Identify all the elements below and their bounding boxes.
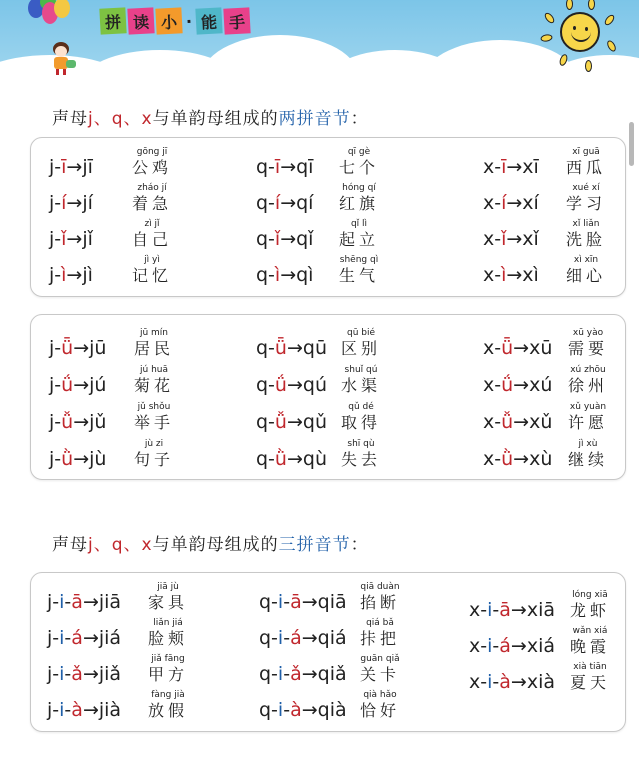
spelling-formula: j-ǚ→jǔ xyxy=(49,411,106,433)
initial-consonant: q- xyxy=(259,627,278,649)
heading-letters: j、q、x xyxy=(88,535,153,555)
pinyin-annotation: wǎn xiá xyxy=(565,626,615,637)
spelling-formula: j-í→jí xyxy=(49,192,93,214)
title-tile: 能 xyxy=(195,7,222,34)
toned-vowel: à xyxy=(499,671,511,693)
toned-vowel: ā xyxy=(290,591,302,613)
syllable-column: x-ǖ→xūxū yào需要x-ǘ→xúxú zhōu徐州x-ǚ→xǔxǔ yu… xyxy=(483,323,639,471)
example-word: jì yì记忆 xyxy=(127,255,177,286)
initial-consonant: j- xyxy=(49,411,61,433)
result-syllable: →xiá xyxy=(511,635,555,657)
initial-consonant: j- xyxy=(47,699,59,721)
syllable-row: q-i-ǎ→qiǎguān qiǎ关卡 xyxy=(259,649,459,685)
result-syllable: →qì xyxy=(280,264,313,286)
result-syllable: →xí xyxy=(506,192,538,214)
toned-vowel: ǎ xyxy=(71,663,83,685)
heading-text: 声母 xyxy=(52,535,88,555)
pinyin-annotation: jù zi xyxy=(129,439,179,450)
chinese-word: 居民 xyxy=(129,339,179,359)
example-word: jù zi句子 xyxy=(129,439,179,470)
pinyin-annotation: shuǐ qú xyxy=(336,365,386,376)
chinese-word: 着急 xyxy=(127,194,177,214)
example-word: liǎn jiá脸颊 xyxy=(143,618,193,649)
pinyin-annotation: xú zhōu xyxy=(563,365,613,376)
chinese-word: 西瓜 xyxy=(561,158,611,178)
spelling-formula: j-i-ā→jiā xyxy=(47,591,121,613)
example-word: xì xīn细心 xyxy=(561,255,611,286)
initial-consonant: j- xyxy=(47,663,59,685)
toned-vowel: á xyxy=(290,627,302,649)
pinyin-annotation: qià hǎo xyxy=(355,690,405,701)
chinese-word: 放假 xyxy=(143,701,193,721)
syllable-row: j-i-à→jiàfàng jià放假 xyxy=(47,685,247,721)
example-word: hóng qí红旗 xyxy=(334,183,384,214)
example-word: jiā jù家具 xyxy=(143,582,193,613)
title-tile: 手 xyxy=(223,7,250,34)
toned-vowel: ǜ xyxy=(61,448,73,470)
pinyin-annotation: xì xīn xyxy=(561,255,611,266)
initial-consonant: q- xyxy=(256,448,275,470)
example-word: xǔ yuàn许愿 xyxy=(563,402,613,433)
example-word: gōng jī公鸡 xyxy=(127,147,177,178)
initial-consonant: x- xyxy=(469,599,487,621)
initial-consonant: q- xyxy=(256,337,275,359)
example-word: xú zhōu徐州 xyxy=(563,365,613,396)
toned-vowel: ā xyxy=(71,591,83,613)
syllable-row: x-i-ā→xiālóng xiā龙虾 xyxy=(469,585,639,621)
spelling-formula: q-ǘ→qú xyxy=(256,374,327,396)
chinese-word: 徐州 xyxy=(563,376,613,396)
spelling-formula: q-i-á→qiá xyxy=(259,627,347,649)
heading-colon: ： xyxy=(351,109,369,129)
toned-vowel: ǖ xyxy=(275,337,287,359)
example-word: jì xù继续 xyxy=(563,439,613,470)
syllable-row: q-ī→qīqī gè七个 xyxy=(256,142,436,178)
initial-consonant: x- xyxy=(483,228,501,250)
spelling-formula: j-ǐ→jǐ xyxy=(49,228,93,250)
spelling-formula: q-ǐ→qǐ xyxy=(256,228,313,250)
spelling-formula: j-i-á→jiá xyxy=(47,627,121,649)
title-tile: 拼 xyxy=(99,7,126,34)
toned-vowel: ā xyxy=(499,599,511,621)
initial-consonant: q- xyxy=(256,192,275,214)
initial-consonant: q- xyxy=(256,156,275,178)
pinyin-annotation: xué xí xyxy=(561,183,611,194)
spelling-formula: j-ī→jī xyxy=(49,156,93,178)
initial-consonant: j- xyxy=(47,591,59,613)
chinese-word: 细心 xyxy=(561,266,611,286)
toned-vowel: à xyxy=(290,699,302,721)
syllable-row: q-i-á→qiáqiá bǎ拤把 xyxy=(259,613,459,649)
toned-vowel: ǖ xyxy=(61,337,73,359)
example-word: jǔ shǒu举手 xyxy=(129,402,179,433)
pinyin-annotation: guān qiǎ xyxy=(355,654,405,665)
spelling-formula: q-ǚ→qǔ xyxy=(256,411,327,433)
spelling-formula: q-i-à→qià xyxy=(259,699,347,721)
pinyin-annotation: qǔ dé xyxy=(336,402,386,413)
example-word: guān qiǎ关卡 xyxy=(355,654,405,685)
syllable-row: x-ǜ→xùjì xù继续 xyxy=(483,434,639,470)
syllable-row: j-ì→jìjì yì记忆 xyxy=(49,250,229,286)
result-syllable: →jī xyxy=(66,156,92,178)
spelling-formula: x-i-á→xiá xyxy=(469,635,555,657)
section-heading-two-part-syllables: 声母j、q、x与单韵母组成的两拼音节： xyxy=(52,104,369,129)
syllable-panel-i: j-ī→jīgōng jī公鸡j-í→jízháo jí着急j-ǐ→jǐzì j… xyxy=(30,137,626,297)
spelling-formula: x-ì→xì xyxy=(483,264,539,286)
syllable-row: q-i-ā→qiāqiā duàn掐断 xyxy=(259,577,459,613)
pinyin-annotation: lóng xiā xyxy=(565,590,615,601)
chinese-word: 学习 xyxy=(561,194,611,214)
result-syllable: →jú xyxy=(73,374,106,396)
initial-consonant: x- xyxy=(483,156,501,178)
initial-consonant: x- xyxy=(483,374,501,396)
result-syllable: →qī xyxy=(280,156,313,178)
toned-vowel: ǜ xyxy=(275,448,287,470)
toned-vowel: ǜ xyxy=(501,448,513,470)
chinese-word: 句子 xyxy=(129,450,179,470)
syllable-row: x-ǚ→xǔxǔ yuàn许愿 xyxy=(483,397,639,433)
result-syllable: →xú xyxy=(513,374,552,396)
toned-vowel: á xyxy=(499,635,511,657)
spelling-formula: j-i-à→jià xyxy=(47,699,121,721)
initial-consonant: j- xyxy=(47,627,59,649)
chinese-word: 家具 xyxy=(143,593,193,613)
result-syllable: →xǐ xyxy=(506,228,538,250)
heading-emphasis: 三拼音节 xyxy=(279,535,351,555)
section-heading-three-part-syllables: 声母j、q、x与单韵母组成的三拼音节： xyxy=(52,530,369,555)
initial-consonant: j- xyxy=(49,228,61,250)
spelling-formula: x-ǖ→xū xyxy=(483,337,552,359)
pinyin-annotation: qiā duàn xyxy=(355,582,405,593)
example-word: xué xí学习 xyxy=(561,183,611,214)
pinyin-annotation: xǐ liǎn xyxy=(561,219,611,230)
result-syllable: →jì xyxy=(66,264,92,286)
spelling-formula: q-ǖ→qū xyxy=(256,337,327,359)
result-syllable: →jià xyxy=(83,699,121,721)
spelling-formula: j-ì→jì xyxy=(49,264,93,286)
pinyin-annotation: qī gè xyxy=(334,147,384,158)
initial-consonant: x- xyxy=(483,264,501,286)
chinese-word: 掐断 xyxy=(355,593,405,613)
toned-vowel: ǚ xyxy=(501,411,513,433)
spelling-formula: x-ǘ→xú xyxy=(483,374,552,396)
pinyin-annotation: gōng jī xyxy=(127,147,177,158)
example-word: fàng jià放假 xyxy=(143,690,193,721)
spelling-formula: q-í→qí xyxy=(256,192,313,214)
chinese-word: 关卡 xyxy=(355,665,405,685)
syllable-row: x-ì→xìxì xīn细心 xyxy=(483,250,639,286)
example-word: qū bié区别 xyxy=(336,328,386,359)
result-syllable: →qiǎ xyxy=(302,663,347,685)
example-word: shī qù失去 xyxy=(336,439,386,470)
pinyin-annotation: jiā jù xyxy=(143,582,193,593)
example-word: jiǎ fāng甲方 xyxy=(143,654,193,685)
syllable-row: q-ì→qìshēng qì生气 xyxy=(256,250,436,286)
result-syllable: →xū xyxy=(513,337,552,359)
example-word: jú huā菊花 xyxy=(129,365,179,396)
chinese-word: 区别 xyxy=(336,339,386,359)
pinyin-annotation: qǐ lì xyxy=(334,219,384,230)
chinese-word: 失去 xyxy=(336,450,386,470)
syllable-row: j-ǜ→jùjù zi句子 xyxy=(49,434,229,470)
title-tile: · xyxy=(183,8,194,34)
initial-consonant: j- xyxy=(49,192,61,214)
initial-consonant: x- xyxy=(469,635,487,657)
pinyin-annotation: jǔ shǒu xyxy=(129,402,179,413)
chinese-word: 起立 xyxy=(334,230,384,250)
result-syllable: →jiǎ xyxy=(83,663,121,685)
chinese-word: 菊花 xyxy=(129,376,179,396)
syllable-row: j-ǐ→jǐzì jǐ自己 xyxy=(49,214,229,250)
initial-consonant: j- xyxy=(49,156,61,178)
result-syllable: →xù xyxy=(513,448,552,470)
example-word: shēng qì生气 xyxy=(334,255,384,286)
syllable-row: j-i-ā→jiājiā jù家具 xyxy=(47,577,247,613)
initial-consonant: q- xyxy=(259,663,278,685)
result-syllable: →xià xyxy=(511,671,555,693)
syllable-row: x-i-á→xiáwǎn xiá晚霞 xyxy=(469,621,639,657)
spelling-formula: j-ǖ→jū xyxy=(49,337,106,359)
pinyin-annotation: jiǎ fāng xyxy=(143,654,193,665)
example-word: wǎn xiá晚霞 xyxy=(565,626,615,657)
title-tile: 小 xyxy=(155,7,182,34)
chinese-word: 记忆 xyxy=(127,266,177,286)
heading-letters: j、q、x xyxy=(88,109,153,129)
pinyin-annotation: xī guā xyxy=(561,147,611,158)
chinese-word: 公鸡 xyxy=(127,158,177,178)
spelling-formula: q-ì→qì xyxy=(256,264,313,286)
pinyin-annotation: liǎn jiá xyxy=(143,618,193,629)
spelling-formula: x-ǜ→xù xyxy=(483,448,552,470)
pinyin-annotation: jú huā xyxy=(129,365,179,376)
girl-illustration-icon xyxy=(48,42,74,78)
example-word: qiā duàn掐断 xyxy=(355,582,405,613)
chinese-word: 夏天 xyxy=(565,673,615,693)
syllable-row: j-i-á→jiáliǎn jiá脸颊 xyxy=(47,613,247,649)
result-syllable: →qiá xyxy=(302,627,347,649)
spelling-formula: x-ī→xī xyxy=(483,156,539,178)
spelling-formula: x-ǚ→xǔ xyxy=(483,411,552,433)
toned-vowel: ǚ xyxy=(61,411,73,433)
example-word: shuǐ qú水渠 xyxy=(336,365,386,396)
result-syllable: →xiā xyxy=(511,599,555,621)
example-word: xǐ liǎn洗脸 xyxy=(561,219,611,250)
heading-text: 与单韵母组成的 xyxy=(153,535,279,555)
syllable-row: q-ǖ→qūqū bié区别 xyxy=(256,323,436,359)
example-word: xī guā西瓜 xyxy=(561,147,611,178)
toned-vowel: ǘ xyxy=(501,374,513,396)
result-syllable: →qí xyxy=(280,192,313,214)
pinyin-annotation: qū bié xyxy=(336,328,386,339)
initial-consonant: q- xyxy=(259,699,278,721)
syllable-row: q-i-à→qiàqià hǎo恰好 xyxy=(259,685,459,721)
result-syllable: →qǔ xyxy=(287,411,327,433)
spelling-formula: j-i-ǎ→jiǎ xyxy=(47,663,121,685)
pinyin-annotation: shēng qì xyxy=(334,255,384,266)
result-syllable: →jiá xyxy=(83,627,121,649)
syllable-row: j-í→jízháo jí着急 xyxy=(49,178,229,214)
heading-text: 与单韵母组成的 xyxy=(153,109,279,129)
toned-vowel: ǚ xyxy=(275,411,287,433)
pinyin-annotation: fàng jià xyxy=(143,690,193,701)
heading-colon: ： xyxy=(351,535,369,555)
example-word: qǔ dé取得 xyxy=(336,402,386,433)
result-syllable: →jí xyxy=(66,192,92,214)
syllable-row: q-í→qíhóng qí红旗 xyxy=(256,178,436,214)
toned-vowel: ǘ xyxy=(61,374,73,396)
syllable-panel-u: j-ǖ→jūjū mín居民j-ǘ→jújú huā菊花j-ǚ→jǔjǔ shǒ… xyxy=(30,314,626,480)
pinyin-annotation: xià tiān xyxy=(565,662,615,673)
toned-vowel: á xyxy=(71,627,83,649)
chinese-word: 许愿 xyxy=(563,413,613,433)
syllable-row: j-ǘ→jújú huā菊花 xyxy=(49,360,229,396)
result-syllable: →qiā xyxy=(302,591,347,613)
spelling-formula: x-í→xí xyxy=(483,192,539,214)
syllable-row: q-ǘ→qúshuǐ qú水渠 xyxy=(256,360,436,396)
initial-consonant: j- xyxy=(49,448,61,470)
chinese-word: 需要 xyxy=(563,339,613,359)
syllable-row: j-ī→jīgōng jī公鸡 xyxy=(49,142,229,178)
result-syllable: →qū xyxy=(287,337,327,359)
example-word: zháo jí着急 xyxy=(127,183,177,214)
pinyin-annotation: jū mín xyxy=(129,328,179,339)
syllable-column: j-i-ā→jiājiā jù家具j-i-á→jiáliǎn jiá脸颊j-i-… xyxy=(47,577,247,721)
example-word: lóng xiā龙虾 xyxy=(565,590,615,621)
header-banner: 拼 读 小 · 能 手 xyxy=(0,0,639,90)
spelling-formula: j-ǘ→jú xyxy=(49,374,106,396)
syllable-row: x-i-à→xiàxià tiān夏天 xyxy=(469,657,639,693)
result-syllable: →qǐ xyxy=(280,228,313,250)
cloud-base xyxy=(0,78,639,90)
pinyin-annotation: hóng qí xyxy=(334,183,384,194)
syllable-row: x-í→xíxué xí学习 xyxy=(483,178,639,214)
syllable-row: j-ǖ→jūjū mín居民 xyxy=(49,323,229,359)
initial-consonant: j- xyxy=(49,337,61,359)
syllable-column: x-ī→xīxī guā西瓜x-í→xíxué xí学习x-ǐ→xǐxǐ liǎ… xyxy=(483,142,639,286)
spelling-formula: x-ǐ→xǐ xyxy=(483,228,539,250)
result-syllable: →xī xyxy=(506,156,538,178)
scrollbar[interactable] xyxy=(629,122,634,166)
heading-text: 声母 xyxy=(52,109,88,129)
initial-consonant: j- xyxy=(49,374,61,396)
toned-vowel: ǎ xyxy=(290,663,302,685)
pinyin-annotation: qiá bǎ xyxy=(355,618,405,629)
result-syllable: →jǔ xyxy=(73,411,106,433)
chinese-word: 取得 xyxy=(336,413,386,433)
chinese-word: 晚霞 xyxy=(565,637,615,657)
result-syllable: →qià xyxy=(302,699,347,721)
syllable-column: q-i-ā→qiāqiā duàn掐断q-i-á→qiáqiá bǎ拤把q-i-… xyxy=(259,577,459,721)
syllable-column: j-ǖ→jūjū mín居民j-ǘ→jújú huā菊花j-ǚ→jǔjǔ shǒ… xyxy=(49,323,229,471)
chinese-word: 恰好 xyxy=(355,701,405,721)
chinese-word: 甲方 xyxy=(143,665,193,685)
syllable-panel-ia: j-i-ā→jiājiā jù家具j-i-á→jiáliǎn jiá脸颊j-i-… xyxy=(30,572,626,732)
initial-consonant: x- xyxy=(483,337,501,359)
result-syllable: →jǐ xyxy=(66,228,92,250)
initial-consonant: q- xyxy=(256,264,275,286)
syllable-row: q-ǚ→qǔqǔ dé取得 xyxy=(256,397,436,433)
initial-consonant: x- xyxy=(483,448,501,470)
example-word: jū mín居民 xyxy=(129,328,179,359)
result-syllable: →jū xyxy=(73,337,106,359)
initial-consonant: q- xyxy=(256,374,275,396)
chinese-word: 水渠 xyxy=(336,376,386,396)
spelling-formula: q-ī→qī xyxy=(256,156,313,178)
initial-consonant: x- xyxy=(469,671,487,693)
syllable-row: x-ǖ→xūxū yào需要 xyxy=(483,323,639,359)
syllable-row: q-ǐ→qǐqǐ lì起立 xyxy=(256,214,436,250)
example-word: zì jǐ自己 xyxy=(127,219,177,250)
title-tile: 读 xyxy=(127,7,154,34)
chinese-word: 脸颊 xyxy=(143,629,193,649)
pinyin-annotation: xū yào xyxy=(563,328,613,339)
pinyin-annotation: xǔ yuàn xyxy=(563,402,613,413)
chinese-word: 洗脸 xyxy=(561,230,611,250)
syllable-row: x-ǘ→xúxú zhōu徐州 xyxy=(483,360,639,396)
syllable-row: j-i-ǎ→jiǎjiǎ fāng甲方 xyxy=(47,649,247,685)
syllable-row: x-ǐ→xǐxǐ liǎn洗脸 xyxy=(483,214,639,250)
toned-vowel: ǘ xyxy=(275,374,287,396)
initial-consonant: x- xyxy=(483,192,501,214)
pinyin-annotation: shī qù xyxy=(336,439,386,450)
chinese-word: 继续 xyxy=(563,450,613,470)
chinese-word: 拤把 xyxy=(355,629,405,649)
pinyin-annotation: jì yì xyxy=(127,255,177,266)
example-word: qǐ lì起立 xyxy=(334,219,384,250)
pinyin-annotation: zháo jí xyxy=(127,183,177,194)
example-word: qiá bǎ拤把 xyxy=(355,618,405,649)
spelling-formula: x-i-à→xià xyxy=(469,671,555,693)
spelling-formula: q-i-ǎ→qiǎ xyxy=(259,663,347,685)
example-word: qī gè七个 xyxy=(334,147,384,178)
chinese-word: 红旗 xyxy=(334,194,384,214)
initial-consonant: q- xyxy=(259,591,278,613)
toned-vowel: ǖ xyxy=(501,337,513,359)
example-word: qià hǎo恰好 xyxy=(355,690,405,721)
pinyin-annotation: zì jǐ xyxy=(127,219,177,230)
chinese-word: 生气 xyxy=(334,266,384,286)
syllable-row: q-ǜ→qùshī qù失去 xyxy=(256,434,436,470)
heading-emphasis: 两拼音节 xyxy=(279,109,351,129)
example-word: xià tiān夏天 xyxy=(565,662,615,693)
result-syllable: →qú xyxy=(287,374,327,396)
chinese-word: 自己 xyxy=(127,230,177,250)
spelling-formula: q-ǜ→qù xyxy=(256,448,327,470)
initial-consonant: j- xyxy=(49,264,61,286)
initial-consonant: x- xyxy=(483,411,501,433)
example-word: xū yào需要 xyxy=(563,328,613,359)
result-syllable: →qù xyxy=(287,448,327,470)
page-title: 拼 读 小 · 能 手 xyxy=(100,8,250,34)
result-syllable: →xǔ xyxy=(513,411,552,433)
chinese-word: 龙虾 xyxy=(565,601,615,621)
spelling-formula: j-ǜ→jù xyxy=(49,448,106,470)
result-syllable: →jù xyxy=(73,448,106,470)
chinese-word: 七个 xyxy=(334,158,384,178)
syllable-column: x-i-ā→xiālóng xiā龙虾x-i-á→xiáwǎn xiá晚霞x-i… xyxy=(469,577,639,721)
toned-vowel: à xyxy=(71,699,83,721)
initial-consonant: q- xyxy=(256,228,275,250)
balloons-icon xyxy=(26,0,86,34)
spelling-formula: q-i-ā→qiā xyxy=(259,591,347,613)
syllable-row: j-ǚ→jǔjǔ shǒu举手 xyxy=(49,397,229,433)
chinese-word: 举手 xyxy=(129,413,179,433)
syllable-column: q-ī→qīqī gè七个q-í→qíhóng qí红旗q-ǐ→qǐqǐ lì起… xyxy=(256,142,436,286)
spelling-formula: x-i-ā→xiā xyxy=(469,599,555,621)
syllable-column: q-ǖ→qūqū bié区别q-ǘ→qúshuǐ qú水渠q-ǚ→qǔqǔ dé… xyxy=(256,323,436,471)
syllable-row: x-ī→xīxī guā西瓜 xyxy=(483,142,639,178)
syllable-column: j-ī→jīgōng jī公鸡j-í→jízháo jí着急j-ǐ→jǐzì j… xyxy=(49,142,229,286)
